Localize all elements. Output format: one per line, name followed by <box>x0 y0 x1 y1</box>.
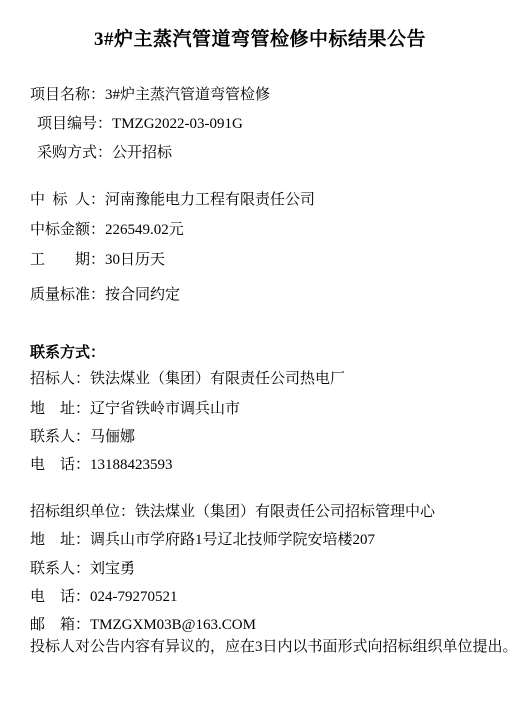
construction-period-row: 工期：30日历天 <box>30 250 490 270</box>
field-label: 地址 <box>30 530 75 550</box>
tenderer-contact-row: 联系人：马俪娜 <box>30 427 490 447</box>
objection-note: 投标人对公告内容有异议的，应在3日内以书面形式向招标组织单位提出。 <box>30 637 490 657</box>
field-label: 中标人 <box>30 190 90 210</box>
field-value: 调兵山市学府路1号辽北技师学院安培楼207 <box>90 532 375 548</box>
field-label: 联系人 <box>30 429 75 445</box>
field-label: 中标金额 <box>30 222 90 238</box>
field-colon: ： <box>90 87 105 103</box>
field-colon: ： <box>75 401 90 417</box>
organizer-phone-row: 电话：024-79270521 <box>30 587 490 607</box>
award-amount-row: 中标金额：226549.02元 <box>30 220 490 240</box>
field-label: 联系人 <box>30 561 75 577</box>
winner-row: 中标人：河南豫能电力工程有限责任公司 <box>30 190 490 210</box>
field-label: 招标人 <box>30 371 75 387</box>
document-title: 3#炉主蒸汽管道弯管检修中标结果公告 <box>30 27 490 53</box>
organizer-address-row: 地址：调兵山市学府路1号辽北技师学院安培楼207 <box>30 530 490 550</box>
field-value: 3#炉主蒸汽管道弯管检修 <box>105 87 270 103</box>
field-value: 30日历天 <box>105 252 165 268</box>
field-label: 地址 <box>30 399 75 419</box>
field-colon: ： <box>97 145 112 161</box>
field-label: 工期 <box>30 250 90 270</box>
field-colon: ： <box>75 561 90 577</box>
field-colon: ： <box>75 589 90 605</box>
field-value: TMZGXM03B@163.COM <box>90 617 256 633</box>
field-colon: ： <box>75 457 90 473</box>
field-value: 马俪娜 <box>90 429 135 445</box>
procurement-method-row: 采购方式：公开招标 <box>30 143 490 163</box>
field-colon: ： <box>120 504 135 520</box>
field-value: 刘宝勇 <box>90 561 135 577</box>
field-colon: ： <box>75 429 90 445</box>
field-label: 项目名称 <box>30 87 90 103</box>
field-label: 采购方式 <box>37 145 97 161</box>
field-label: 招标组织单位 <box>30 504 120 520</box>
field-value: 公开招标 <box>112 145 172 161</box>
field-value: TMZG2022-03-091G <box>112 116 243 132</box>
field-colon: ： <box>90 252 105 268</box>
field-label: 电话 <box>30 587 75 607</box>
tenderer-phone-row: 电话：13188423593 <box>30 455 490 475</box>
field-value: 河南豫能电力工程有限责任公司 <box>105 192 315 208</box>
organizer-email-row: 邮箱：TMZGXM03B@163.COM <box>30 615 490 635</box>
field-value: 226549.02元 <box>105 222 184 238</box>
field-value: 024-79270521 <box>90 589 178 605</box>
field-label: 邮箱 <box>30 615 75 635</box>
field-colon: ： <box>75 532 90 548</box>
field-label: 质量标准 <box>30 287 90 303</box>
field-value: 铁法煤业（集团）有限责任公司招标管理中心 <box>135 504 435 520</box>
field-label: 电话 <box>30 455 75 475</box>
field-value: 按合同约定 <box>105 287 180 303</box>
field-colon: ： <box>75 371 90 387</box>
contact-header: 联系方式： <box>30 343 490 363</box>
field-value: 13188423593 <box>90 457 173 473</box>
field-colon: ： <box>90 222 105 238</box>
field-value: 铁法煤业（集团）有限责任公司热电厂 <box>90 371 345 387</box>
quality-standard-row: 质量标准：按合同约定 <box>30 285 490 305</box>
organizer-row: 招标组织单位：铁法煤业（集团）有限责任公司招标管理中心 <box>30 502 490 522</box>
organizer-contact-row: 联系人：刘宝勇 <box>30 559 490 579</box>
field-value: 辽宁省铁岭市调兵山市 <box>90 401 240 417</box>
field-colon: ： <box>90 287 105 303</box>
announcement-page: 3#炉主蒸汽管道弯管检修中标结果公告 项目名称：3#炉主蒸汽管道弯管检修 项目编… <box>0 27 520 657</box>
field-colon: ： <box>97 116 112 132</box>
project-number-row: 项目编号：TMZG2022-03-091G <box>30 114 490 134</box>
field-label: 项目编号 <box>37 116 97 132</box>
field-colon: ： <box>90 192 105 208</box>
project-name-row: 项目名称：3#炉主蒸汽管道弯管检修 <box>30 85 490 105</box>
tenderer-address-row: 地址：辽宁省铁岭市调兵山市 <box>30 399 490 419</box>
tenderer-row: 招标人：铁法煤业（集团）有限责任公司热电厂 <box>30 369 490 389</box>
field-colon: ： <box>75 617 90 633</box>
